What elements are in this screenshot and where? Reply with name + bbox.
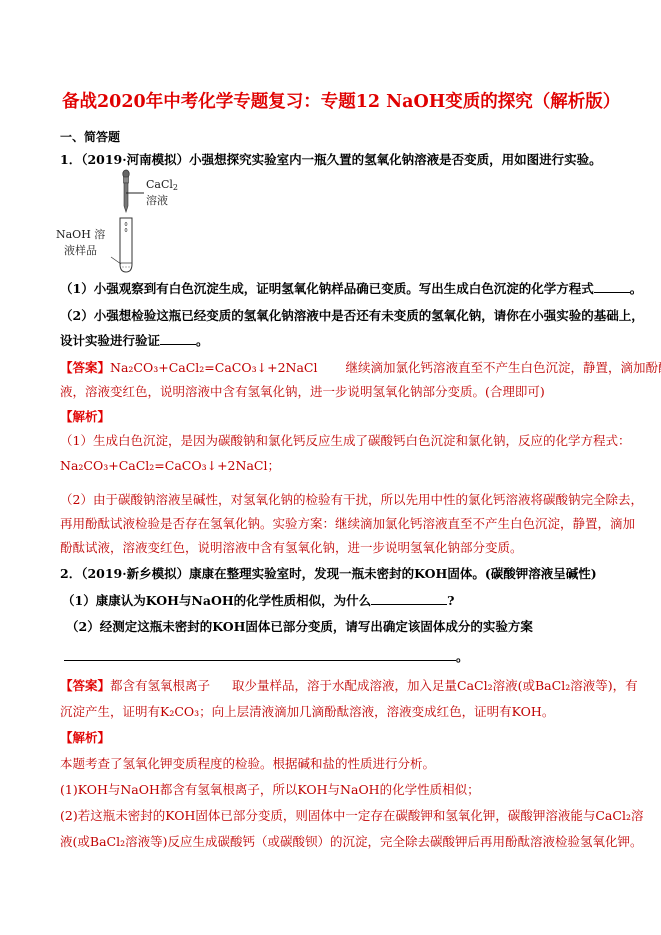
q1-analysis-tag: 【解析】 (60, 409, 110, 425)
document-title: 备战2020年中考化学专题复习：专题12 NaOH变质的探究（解析版） (62, 88, 620, 113)
answer-blank[interactable] (594, 280, 630, 293)
reagent-label: CaCl2 (146, 178, 178, 191)
q2-stem: 2．（2019·新乡模拟）康康在整理实验室时，发现一瓶未密封的KOH固体。(碳酸… (60, 566, 597, 582)
q1-part1: （1）小强观察到有白色沉淀生成，证明氢氧化钠样品确已变质。写出生成白色沉淀的化学… (60, 280, 642, 297)
answer-blank[interactable] (64, 648, 456, 661)
q1-analysis-line2: Na₂CO₃+CaCl₂=CaCO₃↓+2NaCl； (60, 458, 280, 474)
document-page: 备战2020年中考化学专题复习：专题12 NaOH变质的探究（解析版） 一、简答… (0, 0, 661, 935)
q1-part2-line2: 设计实验进行验证。 (60, 332, 209, 349)
q1-figure-test-tube: CaCl2 溶液 NaOH 溶 液样品 (62, 168, 192, 278)
q2-analysis-line3: (2)若这瓶未密封的KOH固体已部分变质，则固体中一定存在碳酸钾和氢氧化钾，碳酸… (60, 808, 643, 824)
sample-label-line1: NaOH 溶 (56, 228, 105, 241)
q1-answer-line1: 【答案】Na₂CO₃+CaCl₂=CaCO₃↓+2NaCl继续滴加氯化钙溶液直至… (60, 360, 661, 376)
q2-analysis-line2: (1)KOH与NaOH都含有氢氧根离子，所以KOH与NaOH的化学性质相似； (60, 782, 480, 798)
answer-blank[interactable] (371, 592, 447, 605)
q1-analysis-line3: （2）由于碳酸钠溶液呈碱性，对氢氧化钠的检验有干扰，所以先用中性的氯化钙溶液将碳… (60, 492, 643, 508)
q2-answer-line1: 【答案】都含有氢氧根离子取少量样品，溶于水配成溶液，加入足量CaCl₂溶液(或B… (60, 678, 638, 694)
q2-answer-line2: 沉淀产生，证明有K₂CO₃；向上层清液滴加几滴酚酞溶液，溶液变成红色，证明有KO… (60, 704, 554, 720)
q2-part1: （1）康康认为KOH与NaOH的化学性质相似，为什么? (62, 592, 454, 609)
q1-answer-line2: 液，溶液变红色，说明溶液中含有氢氧化钠，进一步说明氢氧化钠部分变质。(合理即可) (60, 384, 545, 400)
q1-analysis-line1: （1）生成白色沉淀，是因为碳酸钠和氯化钙反应生成了碳酸钙白色沉淀和氯化钠，反应的… (60, 433, 630, 449)
answer-tag: 【答案】 (60, 360, 110, 375)
sample-label-line2: 液样品 (64, 244, 97, 257)
q2-analysis-line4: 液(或BaCl₂溶液等)反应生成碳酸钙（或碳酸钡）的沉淀，完全除去碳酸钾后再用酚… (60, 834, 642, 850)
q2-analysis-tag: 【解析】 (60, 730, 110, 746)
q1-analysis-line5: 酚酞试液，溶液变红色，说明溶液中含有氢氧化钠，进一步说明氢氧化钠部分变质。 (60, 540, 523, 556)
q1-analysis-line4: 再用酚酞试液检验是否存在氢氧化钠。实验方案：继续滴加氯化钙溶液直至不产生白色沉淀… (60, 516, 635, 532)
q2-part2: （2）经测定这瓶未密封的KOH固体已部分变质，请写出确定该固体成分的实验方案 (66, 619, 533, 635)
q1-part2-line1: （2）小强想检验这瓶已经变质的氢氧化钠溶液中是否还有未变质的氢氧化钠，请你在小强… (60, 308, 644, 324)
answer-tag: 【答案】 (60, 678, 110, 693)
section-heading: 一、简答题 (60, 128, 120, 145)
q2-part2-answer-line: 。 (64, 648, 469, 665)
q1-stem: 1．（2019·河南模拟）小强想探究实验室内一瓶久置的氢氧化钠溶液是否变质，用如… (60, 152, 602, 168)
q2-analysis-line1: 本题考查了氢氧化钾变质程度的检验。根据碱和盐的性质进行分析。 (60, 756, 435, 772)
answer-blank[interactable] (160, 332, 196, 345)
reagent-label-solution: 溶液 (146, 194, 168, 207)
